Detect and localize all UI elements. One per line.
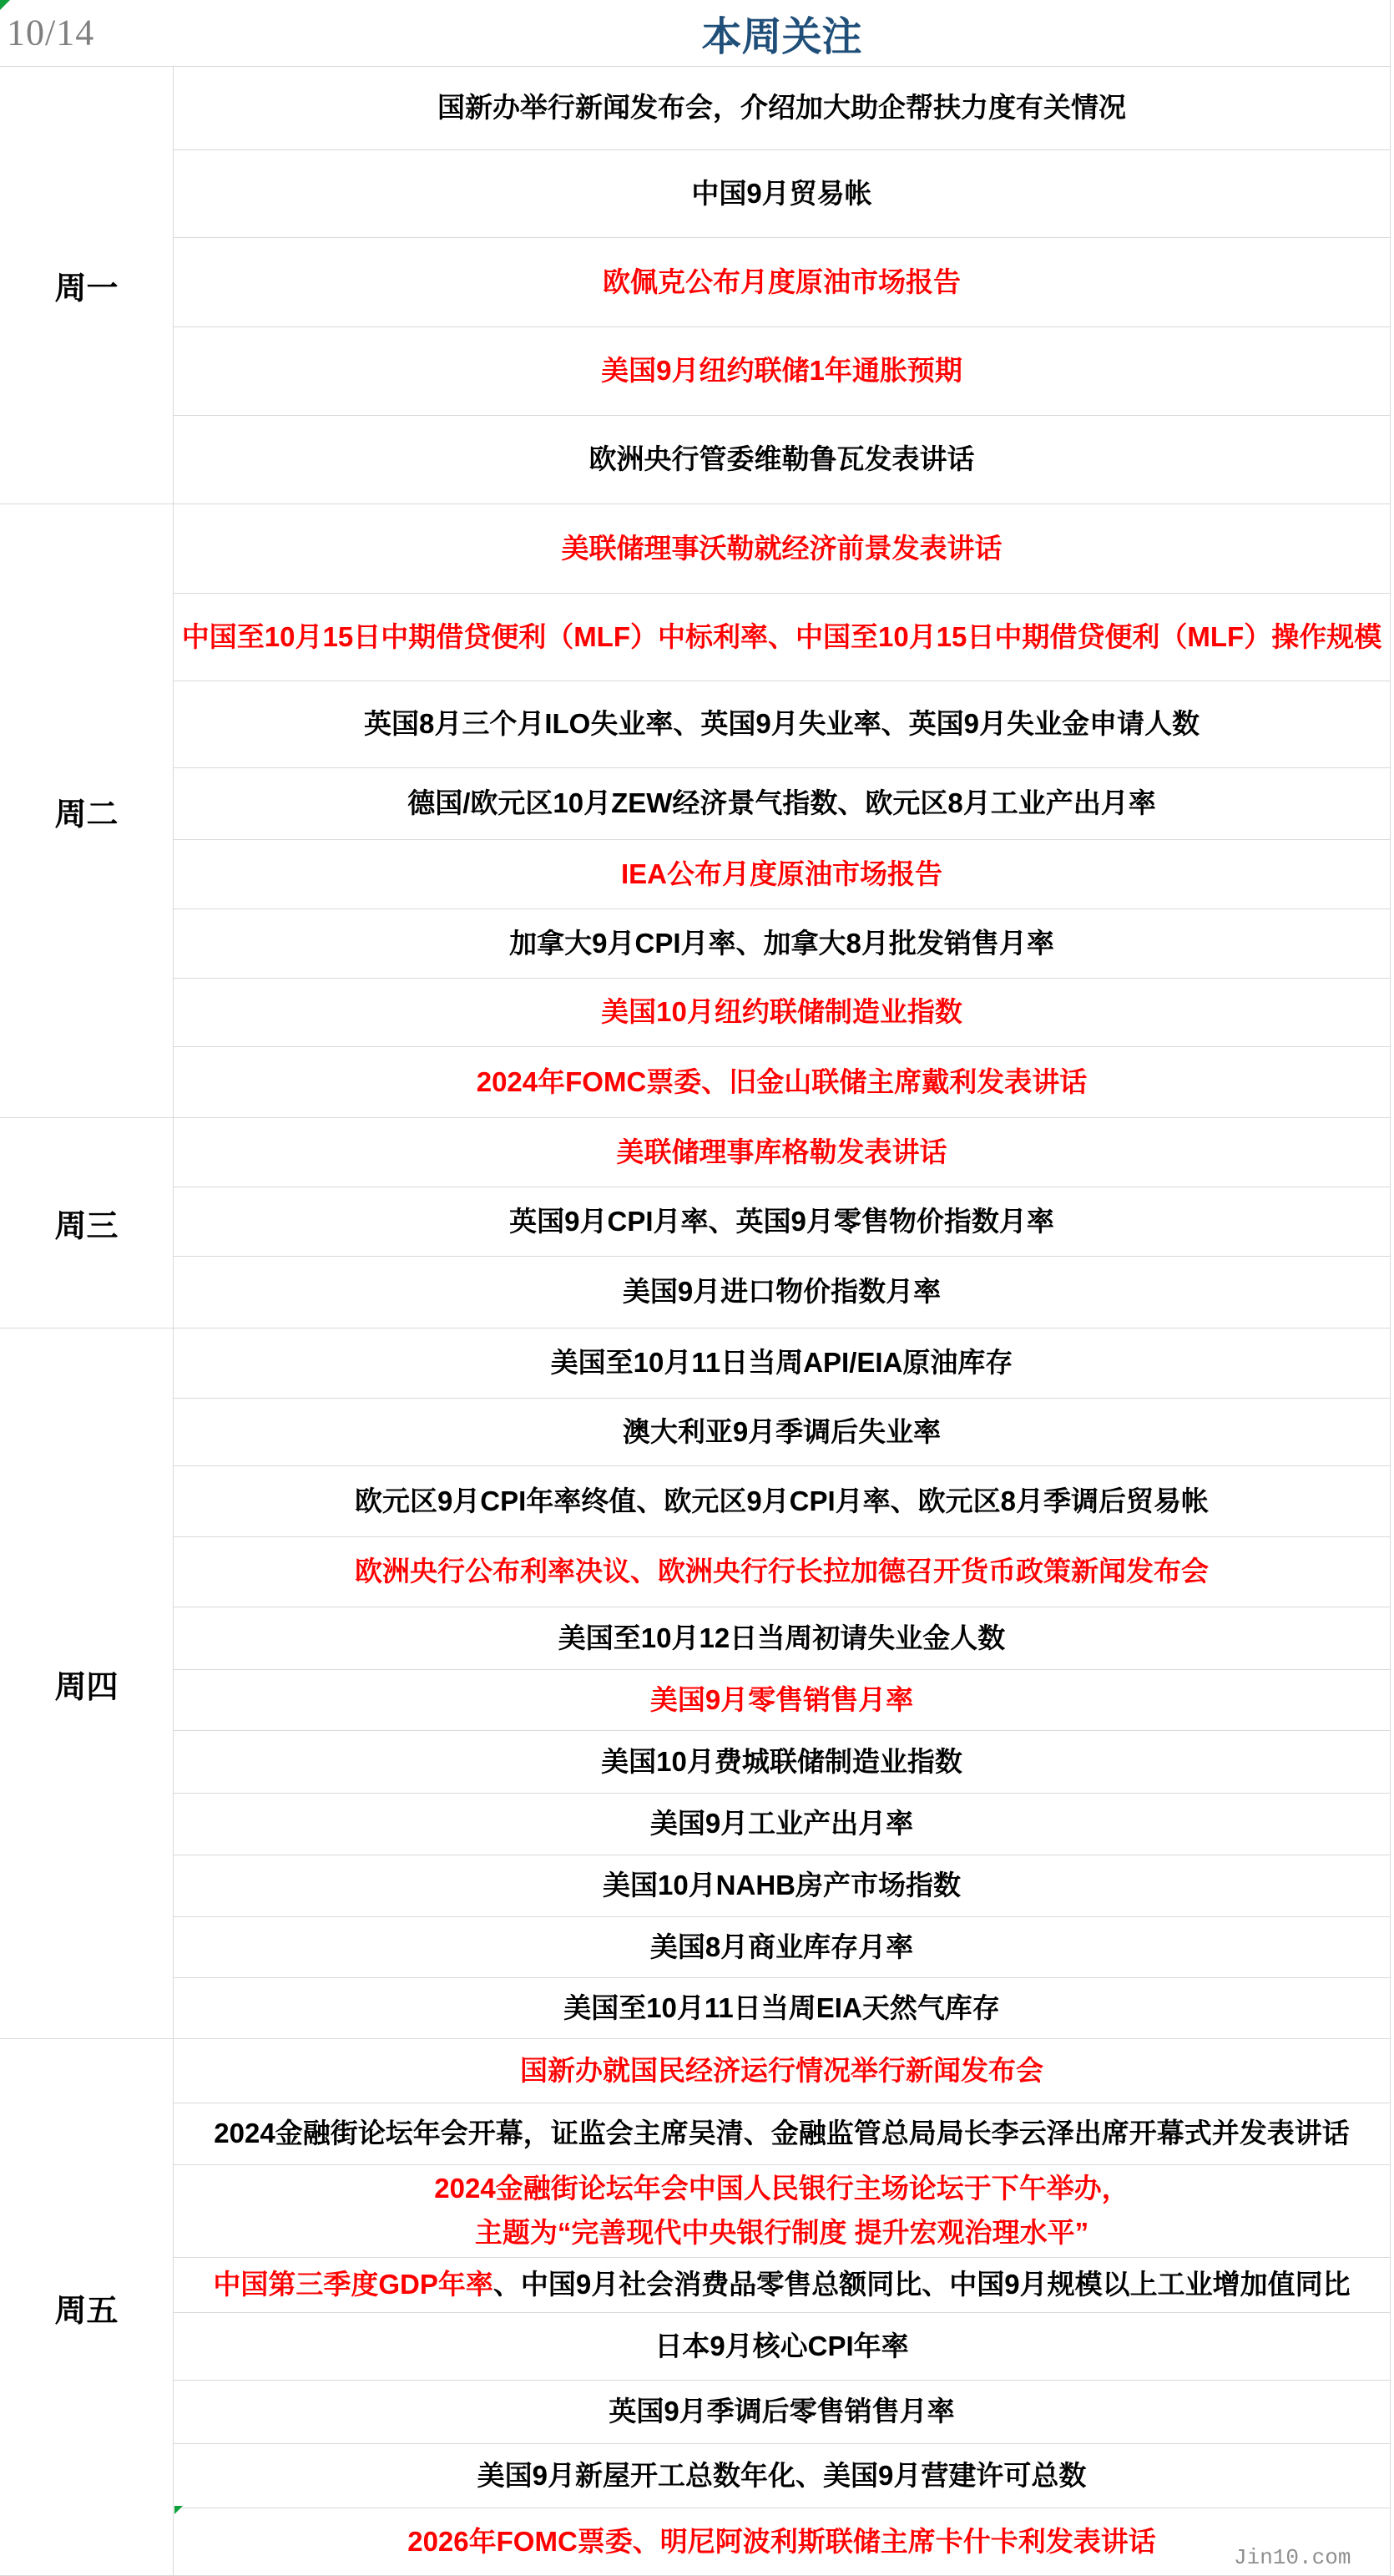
day-sections: 周一国新办举行新闻发布会，介绍加大助企帮扶力度有关情况中国9月贸易帐欧佩克公布月… bbox=[0, 67, 1390, 2576]
event-row: 欧佩克公布月度原油市场报告 bbox=[174, 238, 1390, 327]
day-label: 周四 bbox=[0, 1328, 174, 2038]
event-text: 2024金融街论坛年会开幕，证监会主席吴清、金融监管总局局长李云泽出席开幕式并发… bbox=[214, 2118, 1349, 2148]
event-row: 美国9月零售销售月率 bbox=[174, 1670, 1390, 1731]
event-line: 美国9月新屋开工总数年化、美国9月营建许可总数 bbox=[477, 2454, 1087, 2498]
event-row: 美国至10月12日当周初请失业金人数 bbox=[174, 1607, 1390, 1670]
event-row: 美联储理事沃勒就经济前景发表讲话 bbox=[174, 504, 1390, 594]
event-line: 美国至10月11日当周EIA天然气库存 bbox=[563, 1986, 1000, 2031]
event-rows: 美联储理事库格勒发表讲话英国9月CPI月率、英国9月零售物价指数月率美国9月进口… bbox=[174, 1118, 1390, 1328]
event-line: 欧佩克公布月度原油市场报告 bbox=[603, 261, 961, 305]
event-line: 2024金融街论坛年会中国人民银行主场论坛于下午举办， bbox=[434, 2167, 1129, 2211]
event-text: 美国至10月11日当周EIA天然气库存 bbox=[563, 1992, 1000, 2023]
event-row: 美国10月NAHB房产市场指数 bbox=[174, 1855, 1390, 1917]
day-label: 周二 bbox=[0, 504, 174, 1117]
event-row: 英国9月CPI月率、英国9月零售物价指数月率 bbox=[174, 1187, 1390, 1257]
day-section: 周五国新办就国民经济运行情况举行新闻发布会2024金融街论坛年会开幕，证监会主席… bbox=[0, 2039, 1390, 2576]
event-text: 美国10月NAHB房产市场指数 bbox=[603, 1870, 961, 1900]
event-text: 欧佩克公布月度原油市场报告 bbox=[603, 266, 961, 297]
event-line: 2024金融街论坛年会开幕，证监会主席吴清、金融监管总局局长李云泽出席开幕式并发… bbox=[214, 2112, 1349, 2156]
event-line: 中国至10月15日中期借贷便利（MLF）中标利率、中国至10月15日中期借贷便利… bbox=[182, 615, 1381, 660]
event-line: 欧洲央行公布利率决议、欧洲央行行长拉加德召开货币政策新闻发布会 bbox=[355, 1550, 1209, 1594]
event-row: 英国8月三个月ILO失业率、英国9月失业率、英国9月失业金申请人数 bbox=[174, 681, 1390, 768]
event-row: 加拿大9月CPI月率、加拿大8月批发销售月率 bbox=[174, 909, 1390, 979]
watermark: Jin10.com bbox=[1234, 2545, 1351, 2570]
event-row: 中国至10月15日中期借贷便利（MLF）中标利率、中国至10月15日中期借贷便利… bbox=[174, 594, 1390, 681]
event-text: 日本9月核心CPI年率 bbox=[654, 2331, 908, 2361]
event-line: 美国8月商业库存月率 bbox=[650, 1926, 913, 1970]
event-text: 中国9月贸易帐 bbox=[691, 178, 871, 209]
event-line: 加拿大9月CPI月率、加拿大8月批发销售月率 bbox=[509, 922, 1054, 966]
event-row: 中国9月贸易帐 bbox=[174, 150, 1390, 238]
event-text: 中国第三季度GDP年率 bbox=[213, 2269, 493, 2300]
event-row: 美国至10月11日当周API/EIA原油库存 bbox=[174, 1328, 1390, 1399]
weekly-focus-table: 10/14 本周关注 周一国新办举行新闻发布会，介绍加大助企帮扶力度有关情况中国… bbox=[0, 0, 1391, 2576]
event-text: 美国9月新屋开工总数年化、美国9月营建许可总数 bbox=[477, 2460, 1087, 2491]
event-text: 中国至10月15日中期借贷便利（MLF）中标利率、中国至10月15日中期借贷便利… bbox=[182, 621, 1381, 652]
event-line: 美联储理事沃勒就经济前景发表讲话 bbox=[562, 527, 1003, 571]
event-row: 澳大利亚9月季调后失业率 bbox=[174, 1399, 1390, 1466]
event-text: 美国10月纽约联储制造业指数 bbox=[601, 996, 962, 1027]
event-row: 欧元区9月CPI年率终值、欧元区9月CPI月率、欧元区8月季调后贸易帐 bbox=[174, 1466, 1390, 1537]
event-row: 美国10月纽约联储制造业指数 bbox=[174, 979, 1390, 1047]
event-text: 2024金融街论坛年会中国人民银行主场论坛于下午举办， bbox=[434, 2173, 1129, 2204]
event-row: 2024金融街论坛年会开幕，证监会主席吴清、金融监管总局局长李云泽出席开幕式并发… bbox=[174, 2103, 1390, 2165]
day-label: 周一 bbox=[0, 67, 174, 504]
event-row: 欧洲央行公布利率决议、欧洲央行行长拉加德召开货币政策新闻发布会 bbox=[174, 1537, 1390, 1607]
event-text: 主题为“完善现代中央银行制度 提升宏观治理水平” bbox=[475, 2217, 1088, 2248]
event-line: 2024年FOMC票委、旧金山联储主席戴利发表讲话 bbox=[477, 1060, 1088, 1105]
event-line: 英国9月CPI月率、英国9月零售物价指数月率 bbox=[509, 1200, 1054, 1244]
event-row: 美联储理事库格勒发表讲话 bbox=[174, 1118, 1390, 1187]
event-line: 美国9月零售销售月率 bbox=[650, 1678, 913, 1723]
event-row: 美国10月费城联储制造业指数 bbox=[174, 1731, 1390, 1794]
event-line: 澳大利亚9月季调后失业率 bbox=[623, 1410, 941, 1455]
table-header: 10/14 本周关注 bbox=[0, 0, 1390, 67]
page-title: 本周关注 bbox=[174, 0, 1390, 66]
event-line: 英国8月三个月ILO失业率、英国9月失业率、英国9月失业金申请人数 bbox=[364, 702, 1200, 746]
day-section: 周三美联储理事库格勒发表讲话英国9月CPI月率、英国9月零售物价指数月率美国9月… bbox=[0, 1118, 1390, 1328]
event-line: 美联储理事库格勒发表讲话 bbox=[617, 1131, 947, 1175]
event-row: 美国9月纽约联储1年通胀预期 bbox=[174, 327, 1390, 416]
event-line: 中国第三季度GDP年率、中国9月社会消费品零售总额同比、中国9月规模以上工业增加… bbox=[213, 2263, 1350, 2307]
event-line: 日本9月核心CPI年率 bbox=[654, 2325, 908, 2369]
event-text: 美国9月进口物价指数月率 bbox=[623, 1276, 941, 1307]
event-row: 日本9月核心CPI年率 bbox=[174, 2313, 1390, 2381]
event-line: 德国/欧元区10月ZEW经济景气指数、欧元区8月工业产出月率 bbox=[407, 782, 1156, 826]
event-rows: 美国至10月11日当周API/EIA原油库存澳大利亚9月季调后失业率欧元区9月C… bbox=[174, 1328, 1390, 2038]
event-row: 英国9月季调后零售销售月率 bbox=[174, 2381, 1390, 2444]
event-line: 主题为“完善现代中央银行制度 提升宏观治理水平” bbox=[475, 2211, 1088, 2255]
event-row: 国新办就国民经济运行情况举行新闻发布会 bbox=[174, 2039, 1390, 2103]
event-row: 美国9月新屋开工总数年化、美国9月营建许可总数 bbox=[174, 2444, 1390, 2508]
event-rows: 国新办就国民经济运行情况举行新闻发布会2024金融街论坛年会开幕，证监会主席吴清… bbox=[174, 2039, 1390, 2575]
day-label: 周三 bbox=[0, 1118, 174, 1328]
event-text: 欧元区9月CPI年率终值、欧元区9月CPI月率、欧元区8月季调后贸易帐 bbox=[355, 1485, 1209, 1516]
event-text: 英国9月季调后零售销售月率 bbox=[609, 2396, 954, 2427]
event-row: 美国9月工业产出月率 bbox=[174, 1794, 1390, 1855]
event-line: 英国9月季调后零售销售月率 bbox=[609, 2390, 954, 2434]
event-line: 2026年FOMC票委、明尼阿波利斯联储主席卡什卡利发表讲话 bbox=[407, 2520, 1156, 2564]
event-text: 德国/欧元区10月ZEW经济景气指数、欧元区8月工业产出月率 bbox=[407, 787, 1156, 818]
event-line: IEA公布月度原油市场报告 bbox=[621, 853, 942, 897]
event-line: 欧元区9月CPI年率终值、欧元区9月CPI月率、欧元区8月季调后贸易帐 bbox=[355, 1480, 1209, 1524]
event-text: 英国9月CPI月率、英国9月零售物价指数月率 bbox=[509, 1206, 1054, 1237]
event-text: 加拿大9月CPI月率、加拿大8月批发销售月率 bbox=[509, 928, 1054, 959]
event-rows: 国新办举行新闻发布会，介绍加大助企帮扶力度有关情况中国9月贸易帐欧佩克公布月度原… bbox=[174, 67, 1390, 504]
event-row: 美国至10月11日当周EIA天然气库存 bbox=[174, 1978, 1390, 2038]
event-text: 美国9月工业产出月率 bbox=[650, 1808, 913, 1839]
event-row: 2024金融街论坛年会中国人民银行主场论坛于下午举办，主题为“完善现代中央银行制… bbox=[174, 2165, 1390, 2258]
event-text: 美国9月纽约联储1年通胀预期 bbox=[601, 355, 962, 386]
event-text: 美国至10月11日当周API/EIA原油库存 bbox=[551, 1347, 1013, 1378]
event-text: 英国8月三个月ILO失业率、英国9月失业率、英国9月失业金申请人数 bbox=[364, 708, 1200, 739]
event-row: 欧洲央行管委维勒鲁瓦发表讲话 bbox=[174, 416, 1390, 504]
event-text: 澳大利亚9月季调后失业率 bbox=[623, 1416, 941, 1447]
event-row: 美国8月商业库存月率 bbox=[174, 1917, 1390, 1978]
event-row: 中国第三季度GDP年率、中国9月社会消费品零售总额同比、中国9月规模以上工业增加… bbox=[174, 2258, 1390, 2313]
event-row: 国新办举行新闻发布会，介绍加大助企帮扶力度有关情况 bbox=[174, 67, 1390, 150]
event-line: 美国9月工业产出月率 bbox=[650, 1802, 913, 1846]
event-text: 美国9月零售销售月率 bbox=[650, 1684, 913, 1715]
event-line: 美国至10月11日当周API/EIA原油库存 bbox=[551, 1341, 1013, 1385]
event-row: 德国/欧元区10月ZEW经济景气指数、欧元区8月工业产出月率 bbox=[174, 768, 1390, 840]
event-text: 2024年FOMC票委、旧金山联储主席戴利发表讲话 bbox=[477, 1066, 1088, 1097]
event-text: 欧洲央行公布利率决议、欧洲央行行长拉加德召开货币政策新闻发布会 bbox=[355, 1556, 1209, 1587]
day-section: 周四美国至10月11日当周API/EIA原油库存澳大利亚9月季调后失业率欧元区9… bbox=[0, 1328, 1390, 2039]
event-line: 美国10月NAHB房产市场指数 bbox=[603, 1864, 961, 1908]
event-text: 美国10月费城联储制造业指数 bbox=[601, 1746, 962, 1777]
event-line: 美国9月纽约联储1年通胀预期 bbox=[601, 349, 962, 393]
event-text: 美国至10月12日当周初请失业金人数 bbox=[558, 1622, 1005, 1653]
event-line: 美国9月进口物价指数月率 bbox=[623, 1270, 941, 1314]
event-line: 中国9月贸易帐 bbox=[691, 172, 871, 216]
event-text: 美联储理事库格勒发表讲话 bbox=[617, 1136, 947, 1167]
day-section: 周一国新办举行新闻发布会，介绍加大助企帮扶力度有关情况中国9月贸易帐欧佩克公布月… bbox=[0, 67, 1390, 504]
event-text: 2026年FOMC票委、明尼阿波利斯联储主席卡什卡利发表讲话 bbox=[407, 2526, 1156, 2557]
event-text: 美联储理事沃勒就经济前景发表讲话 bbox=[562, 533, 1003, 564]
event-text: 欧洲央行管委维勒鲁瓦发表讲话 bbox=[589, 443, 975, 474]
event-line: 美国10月费城联储制造业指数 bbox=[601, 1740, 962, 1784]
event-text: IEA公布月度原油市场报告 bbox=[621, 858, 942, 889]
day-label: 周五 bbox=[0, 2039, 174, 2575]
event-line: 美国10月纽约联储制造业指数 bbox=[601, 990, 962, 1035]
event-row: 2024年FOMC票委、旧金山联储主席戴利发表讲话 bbox=[174, 1047, 1390, 1117]
date-label: 10/14 bbox=[7, 11, 94, 53]
event-text: 、中国9月社会消费品零售总额同比、中国9月规模以上工业增加值同比 bbox=[493, 2269, 1351, 2300]
event-text: 国新办举行新闻发布会，介绍加大助企帮扶力度有关情况 bbox=[437, 92, 1126, 123]
event-text: 国新办就国民经济运行情况举行新闻发布会 bbox=[520, 2055, 1043, 2086]
day-section: 周二美联储理事沃勒就经济前景发表讲话中国至10月15日中期借贷便利（MLF）中标… bbox=[0, 504, 1390, 1118]
event-row: IEA公布月度原油市场报告 bbox=[174, 840, 1390, 909]
event-line: 美国至10月12日当周初请失业金人数 bbox=[558, 1617, 1005, 1661]
event-row: 美国9月进口物价指数月率 bbox=[174, 1257, 1390, 1328]
event-line: 国新办就国民经济运行情况举行新闻发布会 bbox=[520, 2049, 1043, 2093]
event-row: 2026年FOMC票委、明尼阿波利斯联储主席卡什卡利发表讲话 bbox=[174, 2508, 1390, 2575]
event-line: 欧洲央行管委维勒鲁瓦发表讲话 bbox=[589, 438, 975, 482]
sheet-corner-marker-icon bbox=[0, 0, 10, 10]
cell-comment-marker-icon bbox=[174, 2506, 183, 2514]
event-line: 国新办举行新闻发布会，介绍加大助企帮扶力度有关情况 bbox=[437, 86, 1126, 130]
event-text: 美国8月商业库存月率 bbox=[650, 1931, 913, 1962]
event-rows: 美联储理事沃勒就经济前景发表讲话中国至10月15日中期借贷便利（MLF）中标利率… bbox=[174, 504, 1390, 1117]
